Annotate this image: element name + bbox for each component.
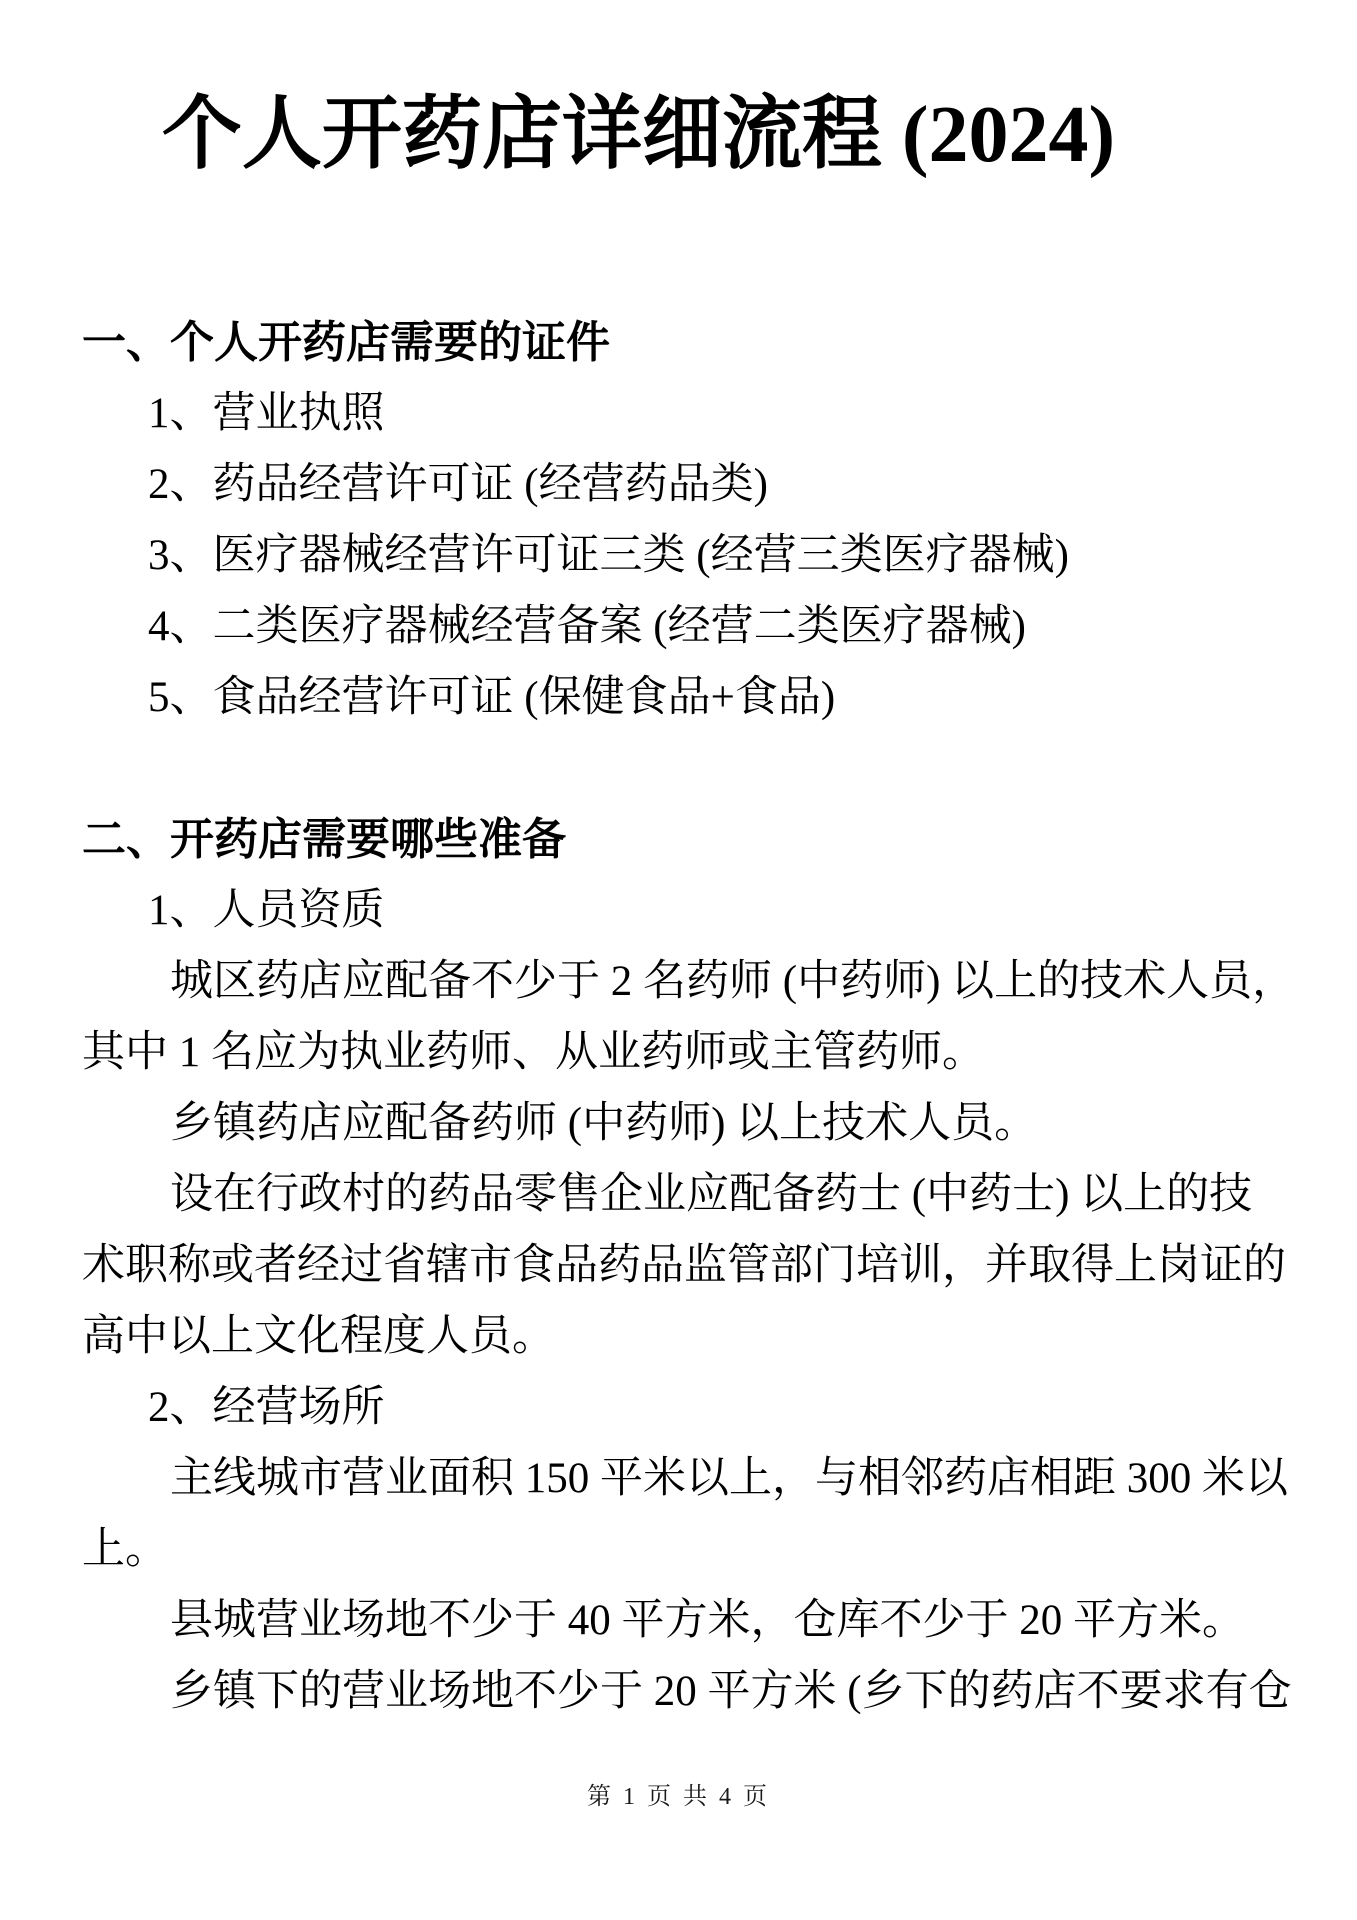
paragraph: 乡镇下的营业场地不少于 20 平方米 (乡下的药店不要求有仓 bbox=[82, 1656, 1275, 1727]
section-2-heading: 二、开药店需要哪些准备 bbox=[82, 804, 1275, 875]
list-item: 1、营业执照 bbox=[82, 378, 1275, 449]
list-item: 3、医疗器械经营许可证三类 (经营三类医疗器械) bbox=[82, 520, 1275, 591]
document-page: 个人开药店详细流程 (2024) 一、个人开药店需要的证件 1、营业执照 2、药… bbox=[0, 0, 1357, 1920]
list-item: 4、二类医疗器械经营备案 (经营二类医疗器械) bbox=[82, 591, 1275, 662]
list-item: 1、人员资质 bbox=[82, 875, 1275, 946]
paragraph: 县城营业场地不少于 40 平方米，仓库不少于 20 平方米。 bbox=[82, 1585, 1275, 1656]
list-item: 2、药品经营许可证 (经营药品类) bbox=[82, 449, 1275, 520]
list-item: 2、经营场所 bbox=[82, 1372, 1275, 1443]
doc-title: 个人开药店详细流程 (2024) bbox=[42, 75, 1235, 195]
paragraph: 乡镇药店应配备药师 (中药师) 以上技术人员。 bbox=[82, 1088, 1275, 1159]
page-number: 第 1 页 共 4 页 bbox=[0, 1776, 1357, 1811]
document-content: 个人开药店详细流程 (2024) 一、个人开药店需要的证件 1、营业执照 2、药… bbox=[0, 75, 1357, 1727]
list-item: 5、食品经营许可证 (保健食品+食品) bbox=[82, 662, 1275, 733]
section-1-heading: 一、个人开药店需要的证件 bbox=[82, 307, 1275, 378]
paragraph: 主线城市营业面积 150 平米以上，与相邻药店相距 300 米以 上。 bbox=[82, 1443, 1275, 1585]
paragraph: 设在行政村的药品零售企业应配备药士 (中药士) 以上的技 术职称或者经过省辖市食… bbox=[82, 1159, 1275, 1372]
paragraph: 城区药店应配备不少于 2 名药师 (中药师) 以上的技术人员， 其中 1 名应为… bbox=[82, 946, 1275, 1088]
section-gap bbox=[82, 733, 1275, 804]
